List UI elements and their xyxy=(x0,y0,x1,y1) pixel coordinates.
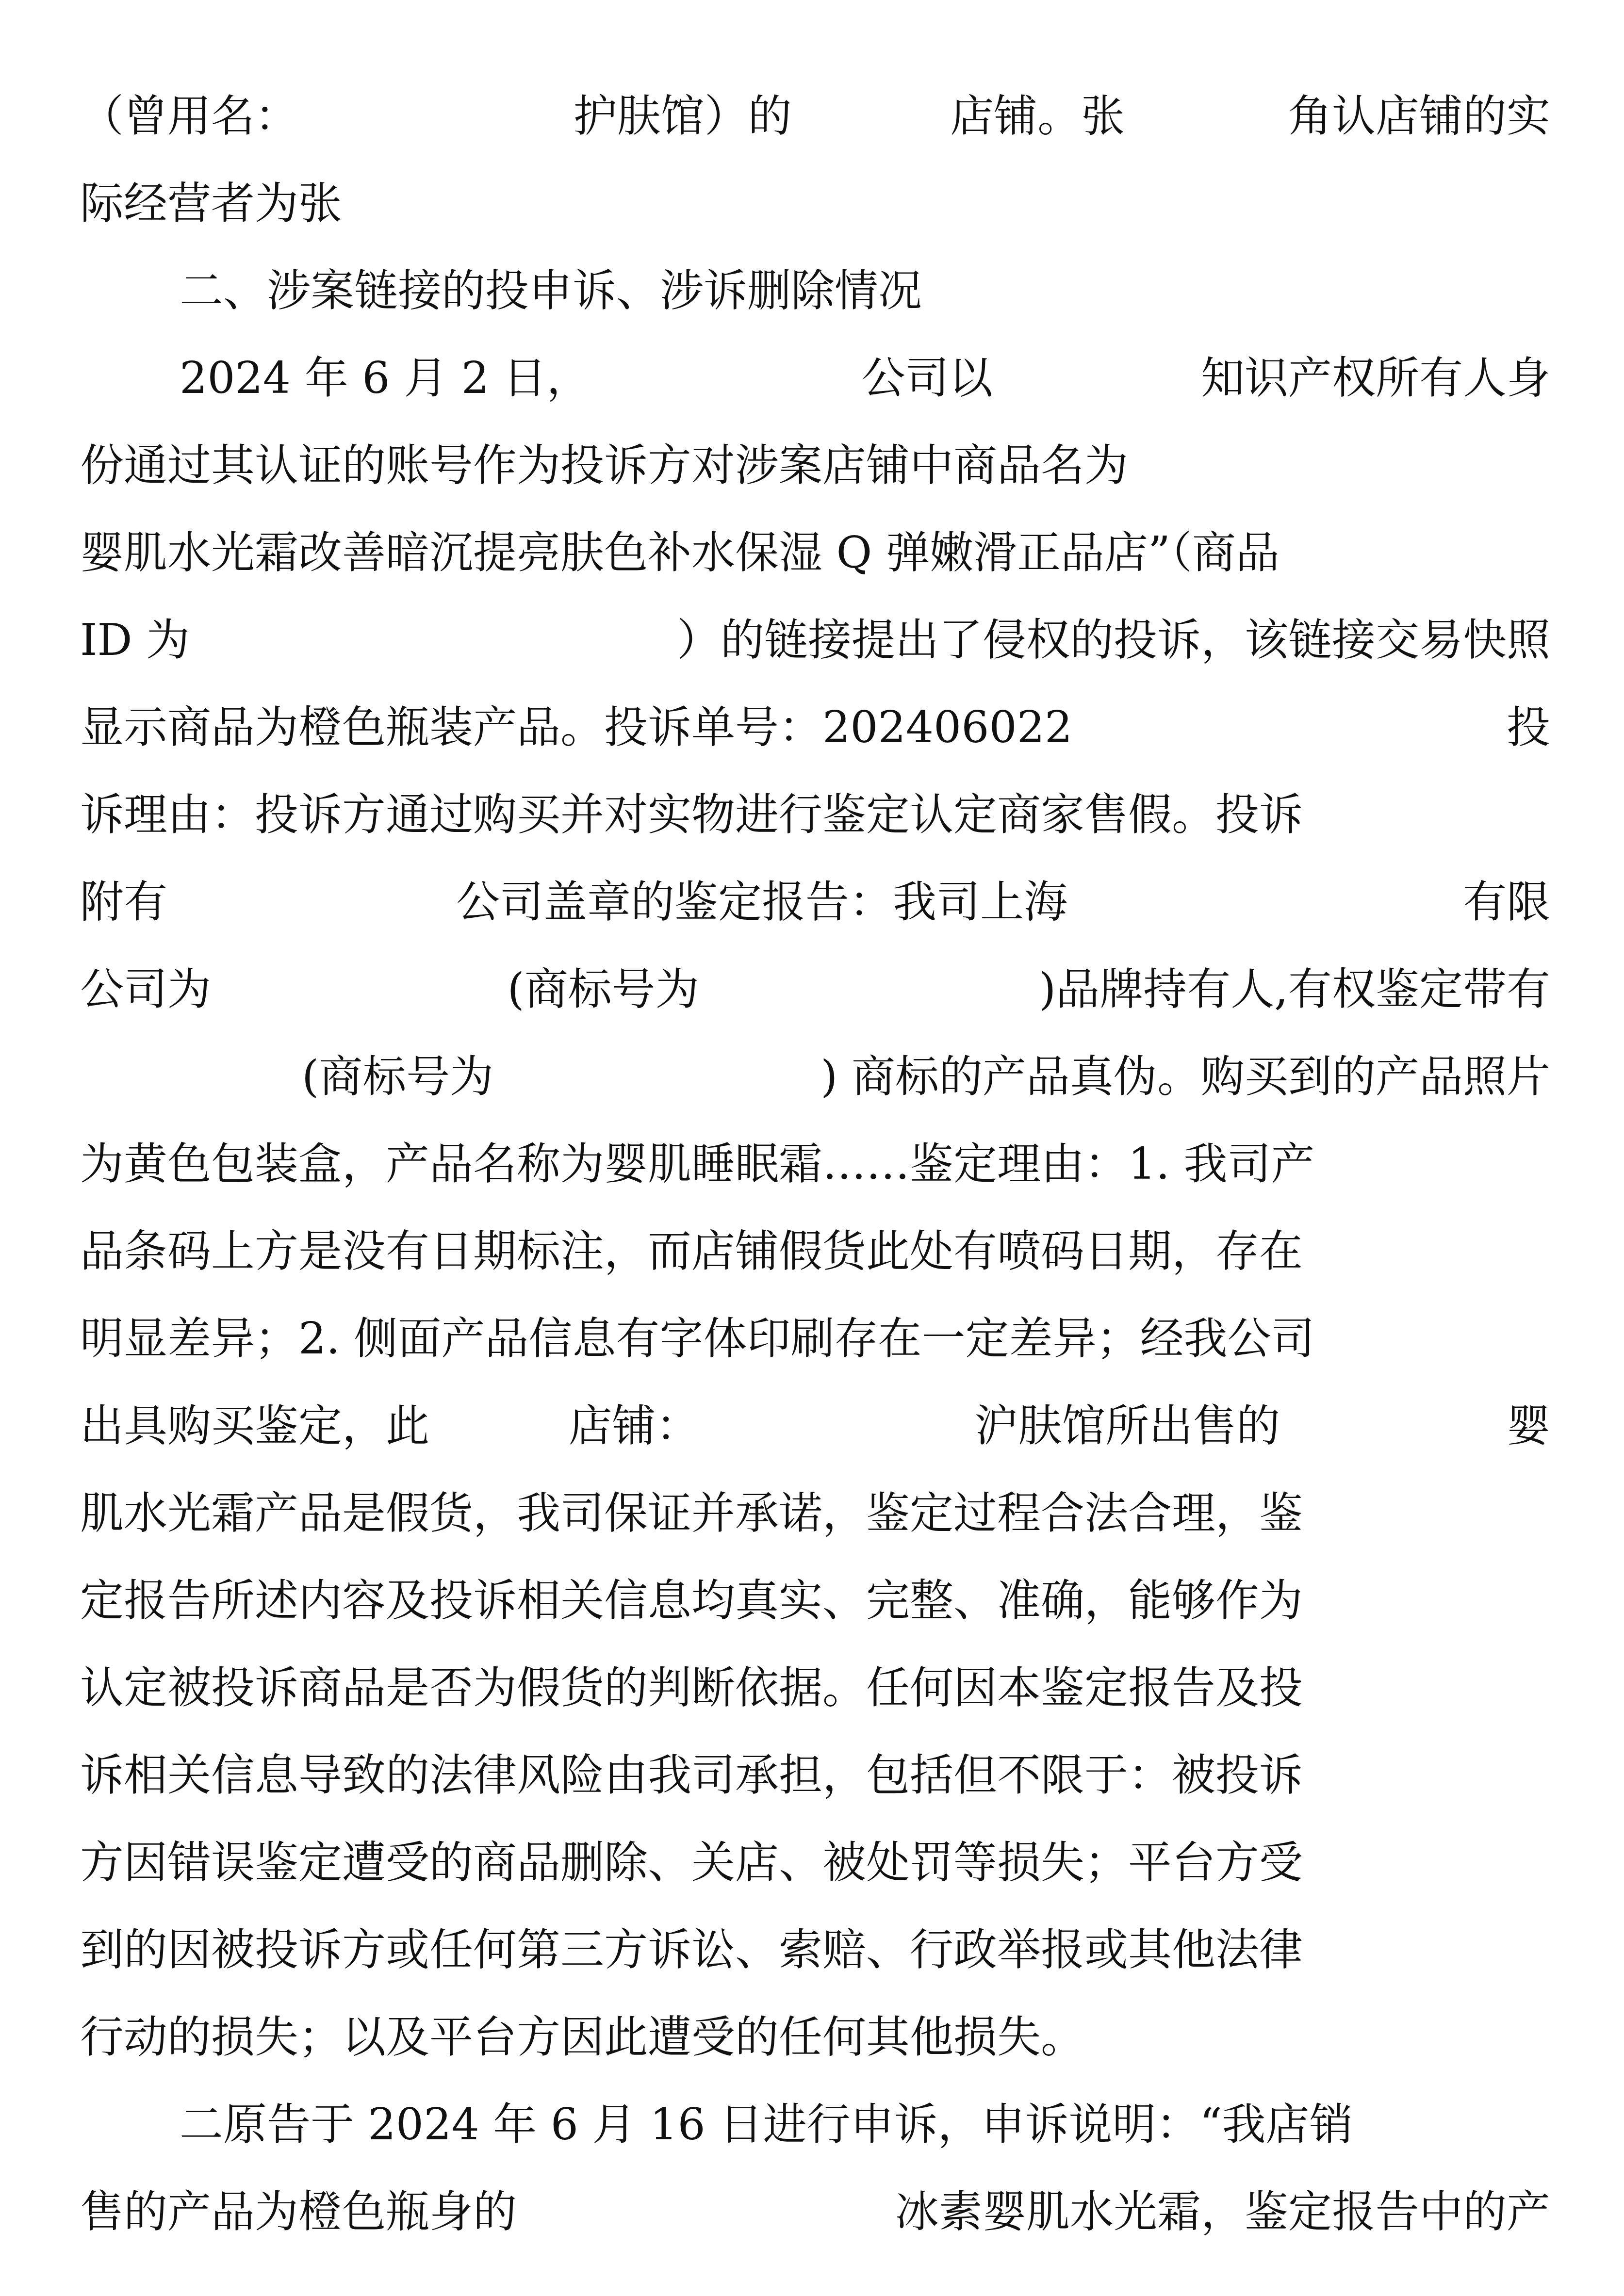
text-segment: 出具购买鉴定，此 xyxy=(80,1390,429,1463)
text-line: 份通过其认证的账号作为投诉方对涉案店铺中商品名为 xyxy=(80,429,1550,502)
text-line: 到的因被投诉方或任何第三方诉讼、索赔、行政举报或其他法律 xyxy=(80,1914,1550,1987)
text-segment: 冰素婴肌水光霜，鉴定报告中的产 xyxy=(895,2176,1550,2248)
text-line: 定报告所述内容及投诉相关信息均真实、完整、准确，能够作为 xyxy=(80,1564,1550,1637)
text-line: 肌水光霜产品是假货，我司保证并承诺，鉴定过程合法合理，鉴 xyxy=(80,1477,1550,1550)
text-line: 附有公司盖章的鉴定报告：我司上海有限 xyxy=(80,866,1550,939)
text-line: 2024 年 6 月 2 日，公司以知识产权所有人身 xyxy=(180,342,1550,415)
text-segment: 店铺。张 xyxy=(950,80,1125,153)
text-line: 出具购买鉴定，此店铺：沪肤馆所出售的婴 xyxy=(80,1390,1550,1463)
text-segment: 婴肌水光霜改善暗沉提亮肤色补水保湿 Q 弹嫩滑正品店”（商品 xyxy=(80,517,1280,589)
document-page: （曾用名：护肤馆）的店铺。张角认店铺的实际经营者为张二、涉案链接的投申诉、涉诉删… xyxy=(0,0,1624,2296)
text-segment: 诉理由：投诉方通过购买并对实物进行鉴定认定商家售假。投诉 xyxy=(80,779,1303,851)
text-segment: 认定被投诉商品是否为假货的判断依据。任何因本鉴定报告及投 xyxy=(80,1652,1303,1725)
text-segment: 知识产权所有人身 xyxy=(1201,342,1550,415)
text-segment: 角认店铺的实 xyxy=(1288,80,1550,153)
text-segment: 护肤馆）的 xyxy=(574,80,792,153)
text-segment: ）的链接提出了侵权的投诉，该链接交易快照 xyxy=(677,604,1550,677)
text-line: 售的产品为橙色瓶身的冰素婴肌水光霜，鉴定报告中的产 xyxy=(80,2176,1550,2248)
text-segment: (商标号为 xyxy=(508,953,699,1026)
text-segment: 婴 xyxy=(1507,1390,1550,1463)
text-line: 明显差异；2. 侧面产品信息有字体印刷存在一定差异；经我公司 xyxy=(80,1303,1550,1375)
text-line: 二原告于 2024 年 6 月 16 日进行申诉，申诉说明：“我店销 xyxy=(180,2088,1550,2161)
text-segment: (商标号为 xyxy=(302,1041,493,1113)
text-line: 认定被投诉商品是否为假货的判断依据。任何因本鉴定报告及投 xyxy=(80,1652,1550,1725)
text-segment: 显示商品为橙色瓶装产品。投诉单号：202406022 xyxy=(80,691,1072,764)
text-line: 显示商品为橙色瓶装产品。投诉单号：202406022投 xyxy=(80,691,1550,764)
text-segment: 定报告所述内容及投诉相关信息均真实、完整、准确，能够作为 xyxy=(80,1564,1303,1637)
text-line: 为黄色包装盒，产品名称为婴肌睡眠霜……鉴定理由：1. 我司产 xyxy=(80,1128,1550,1201)
text-segment: 到的因被投诉方或任何第三方诉讼、索赔、行政举报或其他法律 xyxy=(80,1914,1303,1987)
text-line: 方因错误鉴定遭受的商品删除、关店、被处罚等损失；平台方受 xyxy=(80,1826,1550,1899)
text-line: ID 为）的链接提出了侵权的投诉，该链接交易快照 xyxy=(80,604,1550,677)
text-segment: （曾用名： xyxy=(80,80,298,153)
text-segment: 公司以 xyxy=(862,342,993,415)
text-line: 行动的损失；以及平台方因此遭受的任何其他损失。 xyxy=(80,2001,1550,2074)
text-line: 品条码上方是没有日期标注，而店铺假货此处有喷码日期，存在 xyxy=(80,1215,1550,1288)
text-segment: ) 商标的产品真伪。购买到的产品照片 xyxy=(820,1041,1550,1113)
text-line: 际经营者为张 xyxy=(80,167,1550,240)
text-line: 诉相关信息导致的法律风险由我司承担，包括但不限于：被投诉 xyxy=(80,1739,1550,1812)
text-segment: )品牌持有人,有权鉴定带有 xyxy=(1039,953,1550,1026)
text-segment: 际经营者为张 xyxy=(80,167,342,240)
text-segment: 方因错误鉴定遭受的商品删除、关店、被处罚等损失；平台方受 xyxy=(80,1826,1303,1899)
text-segment: 诉相关信息导致的法律风险由我司承担，包括但不限于：被投诉 xyxy=(80,1739,1303,1812)
text-segment: 份通过其认证的账号作为投诉方对涉案店铺中商品名为 xyxy=(80,429,1128,502)
text-segment: 附有 xyxy=(80,866,167,939)
text-segment: ID 为 xyxy=(80,604,190,677)
text-segment: 公司为 xyxy=(80,953,211,1026)
text-segment: 投 xyxy=(1507,691,1550,764)
text-segment: 二原告于 2024 年 6 月 16 日进行申诉，申诉说明：“我店销 xyxy=(180,2088,1353,2161)
text-segment: 2024 年 6 月 2 日， xyxy=(180,342,591,415)
text-segment: 有限 xyxy=(1463,866,1550,939)
text-segment: 品条码上方是没有日期标注，而店铺假货此处有喷码日期，存在 xyxy=(80,1215,1303,1288)
text-segment: 肌水光霜产品是假货，我司保证并承诺，鉴定过程合法合理，鉴 xyxy=(80,1477,1303,1550)
text-segment: 二、涉案链接的投申诉、涉诉删除情况 xyxy=(180,255,922,327)
text-line: 二、涉案链接的投申诉、涉诉删除情况 xyxy=(180,255,1550,327)
text-segment: 公司盖章的鉴定报告：我司上海 xyxy=(456,866,1067,939)
text-line: 婴肌水光霜改善暗沉提亮肤色补水保湿 Q 弹嫩滑正品店”（商品 xyxy=(80,517,1550,589)
text-line: 公司为(商标号为)品牌持有人,有权鉴定带有 xyxy=(80,953,1550,1026)
text-segment: 售的产品为橙色瓶身的 xyxy=(80,2176,517,2248)
text-segment: 为黄色包装盒，产品名称为婴肌睡眠霜……鉴定理由：1. 我司产 xyxy=(80,1128,1314,1201)
text-segment: 明显差异；2. 侧面产品信息有字体印刷存在一定差异；经我公司 xyxy=(80,1303,1314,1375)
text-line: 诉理由：投诉方通过购买并对实物进行鉴定认定商家售假。投诉 xyxy=(80,779,1550,851)
text-segment: 行动的损失；以及平台方因此遭受的任何其他损失。 xyxy=(80,2001,1084,2074)
text-line: （曾用名：护肤馆）的店铺。张角认店铺的实 xyxy=(80,80,1550,153)
text-segment: 店铺： xyxy=(569,1390,700,1463)
text-line: (商标号为) 商标的产品真伪。购买到的产品照片 xyxy=(80,1041,1550,1113)
text-segment: 沪肤馆所出售的 xyxy=(974,1390,1280,1463)
